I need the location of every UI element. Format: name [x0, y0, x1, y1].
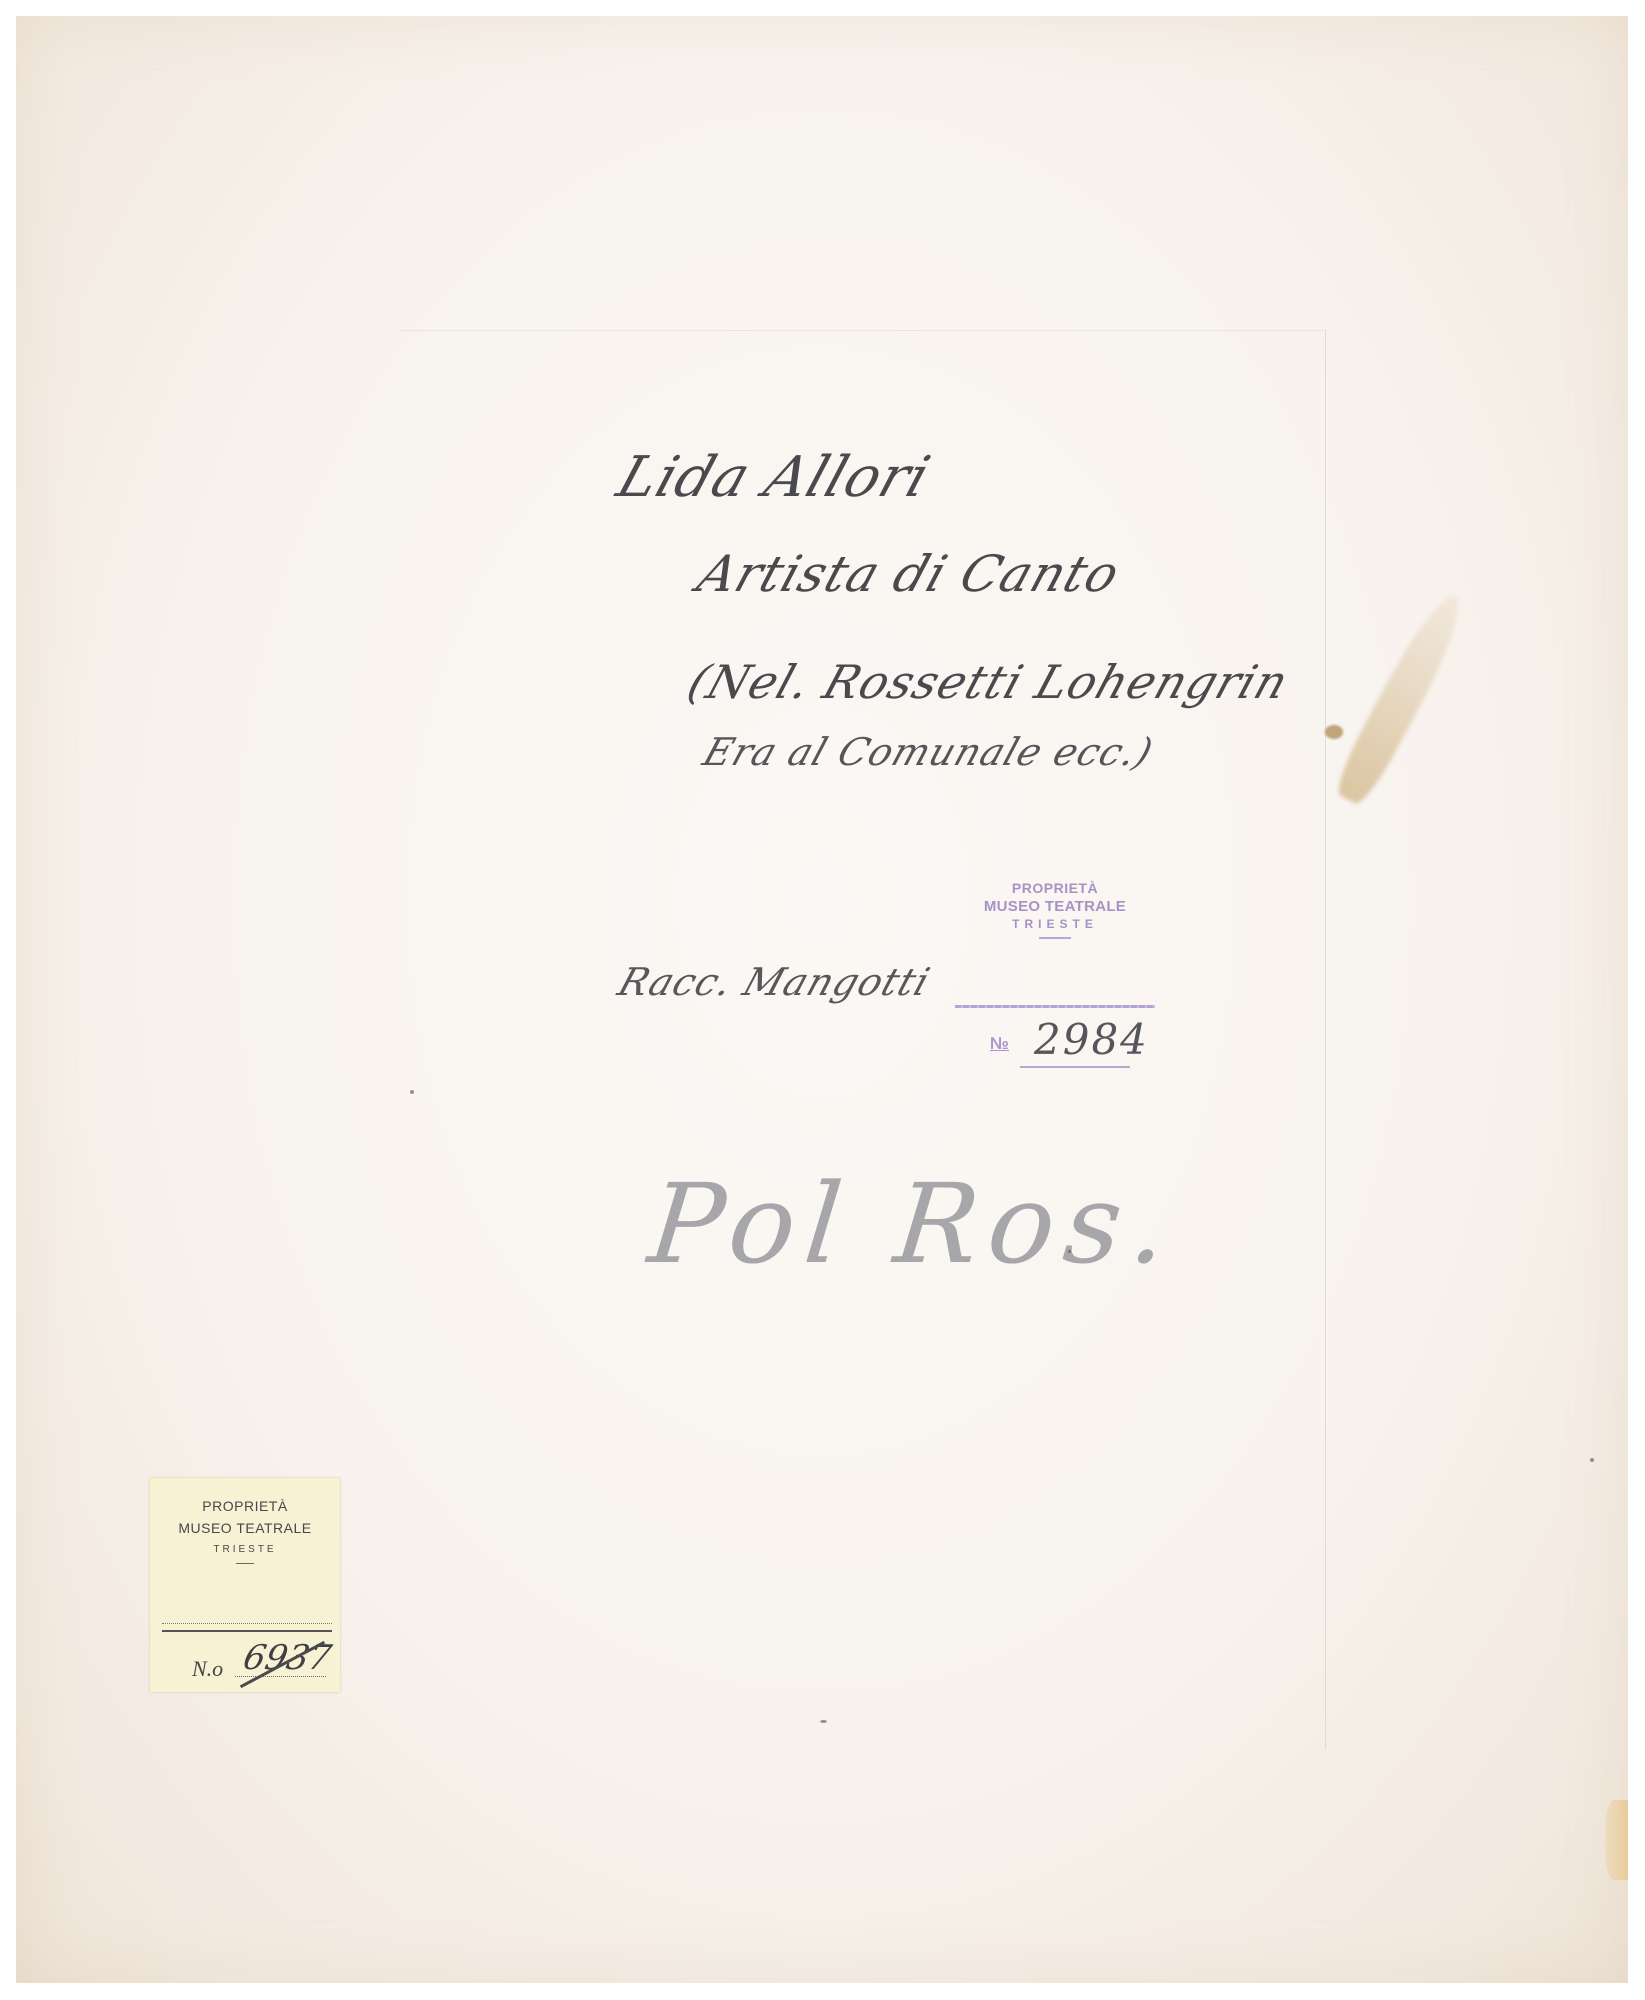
stamp-number-sign: №	[990, 1034, 1009, 1054]
stamp-line2: MUSEO TEATRALE	[950, 898, 1160, 915]
inscription-collection: Racc. Mangotti	[613, 960, 936, 1004]
museum-stamp: PROPRIETÀ MUSEO TEATRALE TRIESTE	[950, 880, 1160, 939]
edge-wear	[1605, 1800, 1628, 1880]
inscription-role: Artista di Canto	[691, 545, 1128, 603]
stamp-inventory-number: 2984	[1034, 1015, 1149, 1064]
label-line2: MUSEO TEATRALE	[150, 1520, 340, 1536]
speck	[820, 1720, 827, 1723]
speck	[1068, 1250, 1071, 1253]
photo-impression-top-edge	[400, 330, 1325, 331]
label-line3: TRIESTE	[150, 1544, 340, 1555]
photo-impression-right-edge	[1325, 330, 1326, 1750]
stain-spot	[1325, 725, 1343, 739]
pencil-inscription: Pol Ros.	[643, 1160, 1183, 1288]
inscription-note-line2: Era al Comunale ecc.)	[698, 730, 1159, 774]
stamp-number-underline	[1020, 1066, 1130, 1068]
speck	[1590, 1458, 1594, 1462]
stamp-line3: TRIESTE	[950, 917, 1160, 931]
stamp-line1: PROPRIETÀ	[950, 880, 1160, 896]
inscription-note-line1: (Nel. Rossetti Lohengrin	[681, 655, 1295, 709]
speck	[410, 1090, 414, 1094]
label-number-prefix: N.o	[192, 1656, 223, 1682]
stamp-divider	[1039, 937, 1071, 939]
label-line1: PROPRIETÀ	[150, 1498, 340, 1514]
museum-label: PROPRIETÀ MUSEO TEATRALE TRIESTE N.o 693…	[150, 1478, 340, 1692]
label-dotted-rule	[162, 1623, 332, 1624]
inscription-name: Lida Allori	[609, 445, 938, 510]
label-solid-rule	[162, 1630, 332, 1632]
label-divider	[236, 1563, 254, 1564]
stamp-rule	[955, 1005, 1155, 1008]
